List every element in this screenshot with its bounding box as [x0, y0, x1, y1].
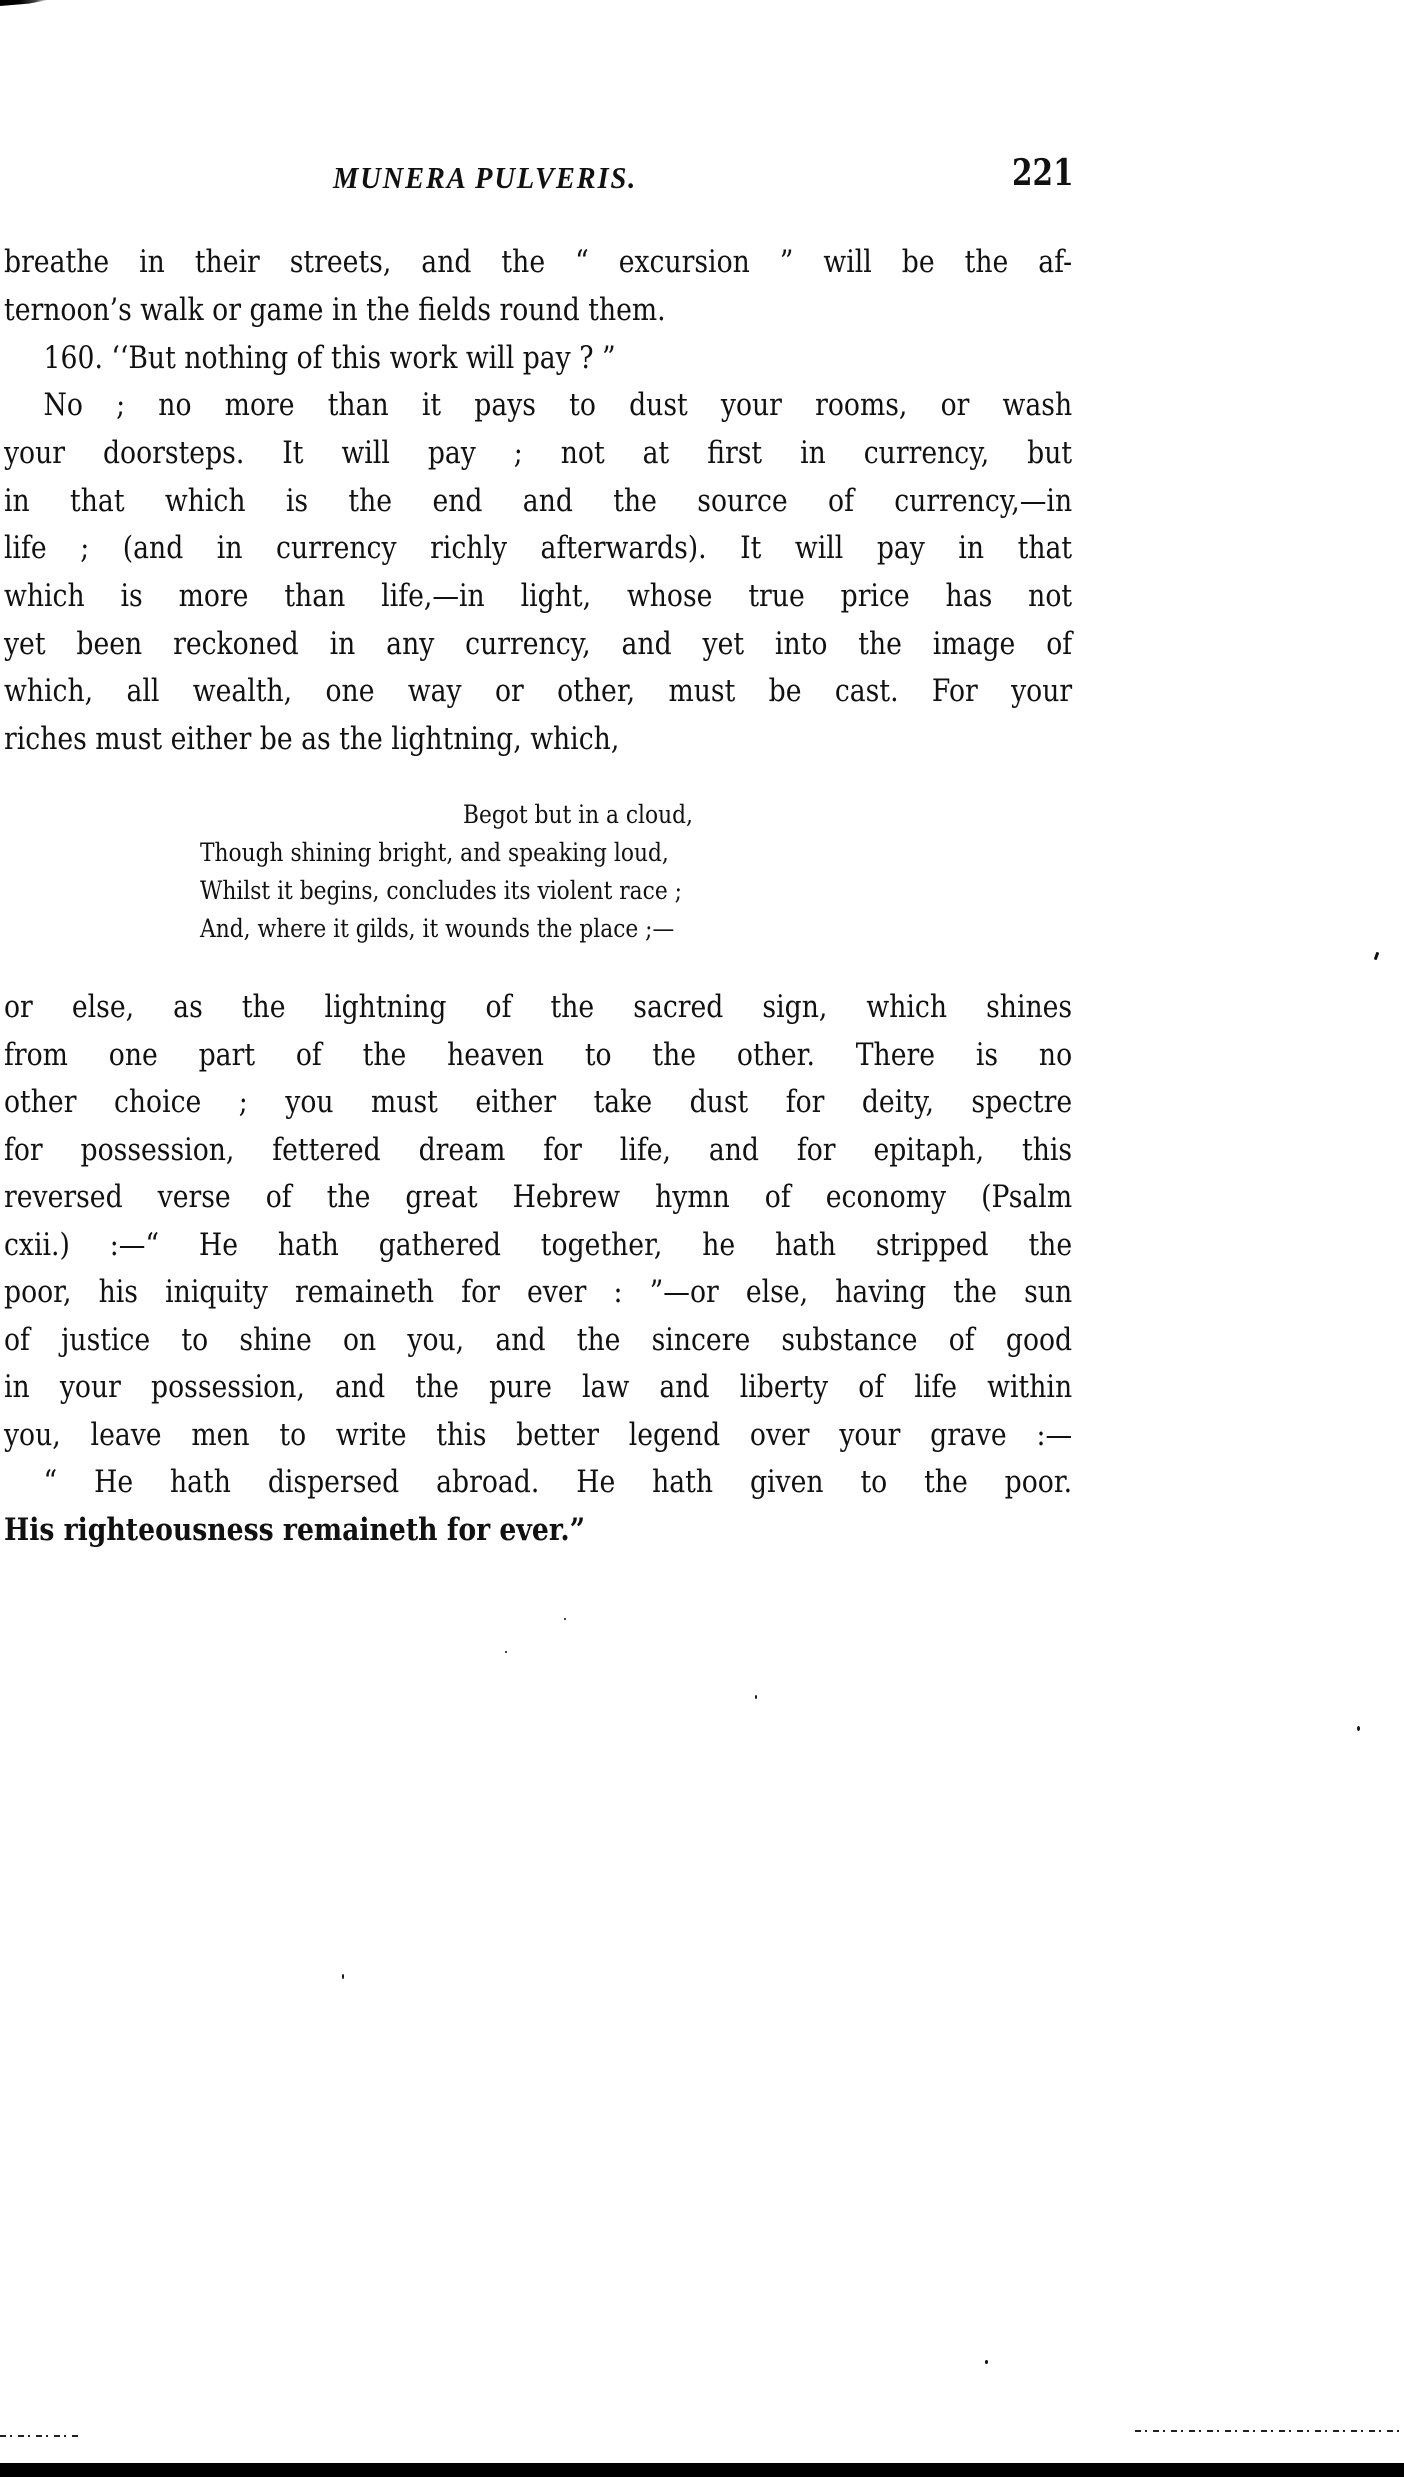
scan-bottom-edge [0, 2463, 1404, 2477]
body-line: your doorsteps. It will pay ; not at fir… [4, 429, 1072, 477]
body-line: or else, as the lightning of the sacred … [4, 983, 1072, 1031]
running-head-title: MUNERA PULVERIS. [333, 160, 701, 196]
scan-corner-mark [0, 0, 48, 6]
scan-speck [505, 1651, 507, 1653]
verse-line: Though shining bright, and speaking loud… [200, 834, 669, 872]
body-line: “ He hath dispersed abroad. He hath give… [4, 1458, 1072, 1506]
verse-line: Whilst it begins, concludes its violent … [200, 872, 682, 910]
body-line: in your possession, and the pure law and… [4, 1363, 1072, 1411]
body-line: which is more than life,—in light, whose… [4, 572, 1072, 620]
body-line: you, leave men to write this better lege… [4, 1411, 1072, 1459]
body-line: His righteousness remaineth for ever.” [4, 1506, 1072, 1554]
body-line: life ; (and in currency richly afterward… [4, 524, 1072, 572]
page-number: 221 [1012, 152, 1074, 194]
body-line: No ; no more than it pays to dust your r… [4, 381, 1072, 429]
scan-speck [1374, 952, 1380, 961]
body-line: ternoon’s walk or game in the fields rou… [4, 286, 1072, 334]
scan-speck [564, 1618, 566, 1620]
body-line: from one part of the heaven to the other… [4, 1031, 1072, 1079]
scan-speck [342, 1974, 344, 1979]
body-line: breathe in their streets, and the “ excu… [4, 238, 1072, 286]
scan-speck [1357, 1726, 1360, 1731]
scan-edge-rule-left [0, 2435, 80, 2437]
verse-line: And, where it gilds, it wounds the place… [200, 910, 674, 948]
body-line: cxii.) :—“ He hath gathered together, he… [4, 1221, 1072, 1269]
scan-speck [755, 1695, 757, 1699]
verse-line: Begot but in a cloud, [463, 796, 693, 834]
section-160-heading: 160. ‘‘But nothing of this work will pay… [4, 334, 1072, 382]
body-line: which, all wealth, one way or other, mus… [4, 667, 1072, 715]
body-line: poor, his iniquity remaineth for ever : … [4, 1268, 1072, 1316]
body-line: reversed verse of the great Hebrew hymn … [4, 1173, 1072, 1221]
scan-edge-rule-right [1135, 2430, 1404, 2432]
body-line: of justice to shine on you, and the sinc… [4, 1316, 1072, 1364]
body-line: in that which is the end and the source … [4, 477, 1072, 525]
body-line: other choice ; you must either take dust… [4, 1078, 1072, 1126]
body-line: for possession, fettered dream for life,… [4, 1126, 1072, 1174]
body-line: riches must either be as the lightning, … [4, 715, 1072, 763]
body-line: yet been reckoned in any currency, and y… [4, 620, 1072, 668]
scan-speck [985, 2360, 988, 2364]
